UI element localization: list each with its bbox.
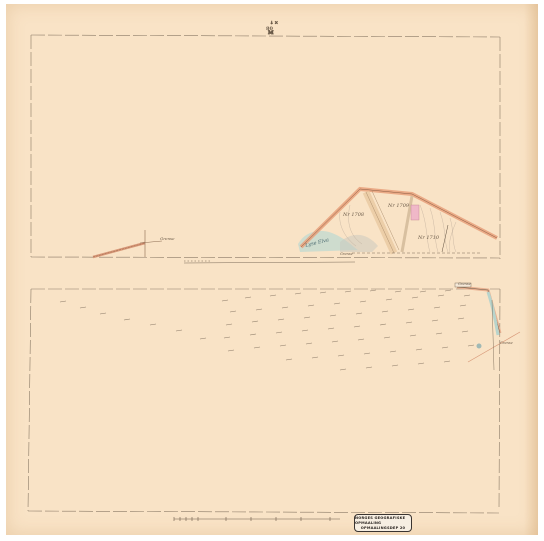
stamp-line-2: OPMAALINGSDEP 20 bbox=[361, 526, 406, 531]
parcel-label: Nr 1708 bbox=[343, 212, 364, 218]
corner-label: Grense bbox=[458, 282, 471, 286]
map-drawing: ↓ ✕ M bbox=[0, 0, 544, 541]
sounding-grid bbox=[224, 295, 474, 370]
archive-stamp: NORGES GEOGRAFISKE OPMAALING OPMAALINGSD… bbox=[354, 514, 412, 532]
sounding-marks bbox=[60, 290, 474, 370]
feature-label: Grense bbox=[160, 236, 174, 241]
upper-frame bbox=[31, 35, 500, 259]
scale-bar bbox=[174, 517, 340, 521]
corner-note: Grense bbox=[500, 341, 513, 345]
svg-text:↓ ✕: ↓ ✕ bbox=[270, 20, 278, 25]
stamp-line-1: NORGES GEOGRAFISKE OPMAALING bbox=[355, 516, 411, 526]
parcel-label: Nr 1710 bbox=[418, 235, 439, 241]
left-boundary-feature bbox=[93, 230, 162, 257]
sheet-number: 80 bbox=[266, 26, 273, 32]
lower-frame bbox=[28, 289, 500, 513]
upper-note: Grense bbox=[340, 252, 353, 256]
parcel-label: Nr 1709 bbox=[388, 203, 409, 209]
